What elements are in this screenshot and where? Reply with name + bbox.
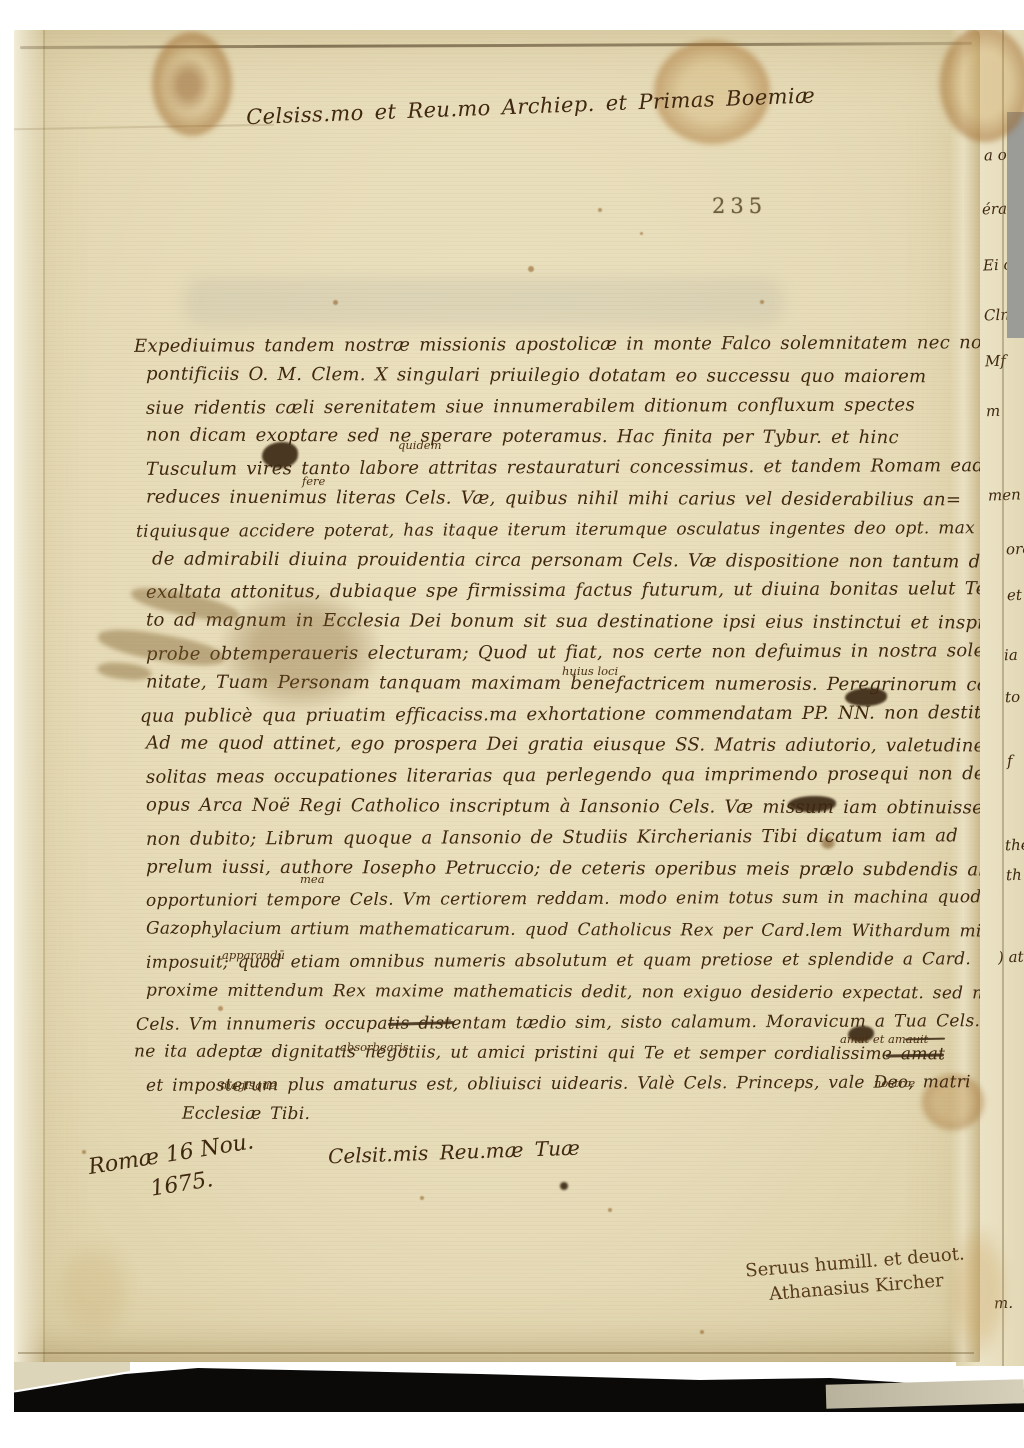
interlinear-note: apparandū	[222, 948, 285, 962]
speckle	[528, 266, 534, 272]
smudge-stroke	[97, 661, 152, 683]
ink-dot	[560, 1182, 568, 1190]
body-line: prelum iussi, authore Iosepho Petruccio;…	[146, 852, 980, 886]
letter-page: Celsiss.mo et Reu.mo Archiep. et Primas …	[14, 30, 980, 1362]
body-line: siue ridentis cæli serenitatem siue innu…	[146, 390, 980, 424]
edge-fragment: f	[1007, 752, 1013, 770]
body-line: Expediuimus tandem nostræ missionis apos…	[134, 330, 980, 363]
speckle	[640, 232, 643, 235]
folio-number-stamp: 235	[712, 194, 767, 218]
body-line: Tusculum vires tanto labore attritas res…	[146, 451, 980, 485]
body-line: opus Arca Noë Regi Catholico inscriptum …	[146, 790, 980, 824]
water-stain	[940, 26, 1024, 142]
speckle	[333, 300, 338, 305]
scan-border-bottom	[0, 1412, 1024, 1448]
edge-fragment: et	[1007, 586, 1023, 605]
faint-crease	[14, 124, 274, 131]
body-line: tiquiusque accidere poterat, has itaque …	[136, 513, 980, 547]
edge-fragment: m	[986, 402, 1001, 420]
left-fold-line	[43, 30, 45, 1362]
speckle	[598, 208, 602, 212]
interlinear-note: nostræ	[874, 1076, 915, 1090]
edge-fragment: th	[1006, 866, 1022, 885]
speckle	[608, 1208, 612, 1212]
interlinear-note: absorbearis	[340, 1040, 409, 1054]
body-line: pontificiis O. M. Clem. X singulari priu…	[146, 359, 980, 393]
ink-smudge	[220, 590, 380, 710]
edge-fragment: ia	[1004, 646, 1018, 664]
interlinear-note: quidem	[398, 438, 442, 452]
speckle	[760, 300, 764, 304]
interlinear-note: fere	[302, 474, 325, 488]
body-line: de admirabili diuina prouidentia circa p…	[152, 544, 980, 578]
signature-block: Seruus humill. et deuot. Athanasius Kirc…	[745, 1243, 968, 1306]
interlinear-note: amat et amauit	[840, 1032, 928, 1046]
water-stain	[166, 58, 210, 112]
body-line: Gazophylacium artium mathematicarum. quo…	[146, 914, 980, 948]
interlinear-note: huius loci	[562, 664, 618, 678]
body-line: Ecclesiæ Tibi.	[182, 1099, 980, 1133]
speckle	[82, 1150, 86, 1154]
letter-heading: Celsiss.mo et Reu.mo Archiep. et Primas …	[246, 87, 727, 129]
edge-fragment: the	[1005, 836, 1024, 855]
letter-body: Expediuimus tandem nostræ missionis apos…	[134, 330, 980, 1142]
body-line: Ad me quod attinet, ego prospera Dei gra…	[146, 729, 980, 763]
body-line: opportuniori tempore Cels. Vm certiorem …	[146, 883, 980, 917]
scan-border-left	[0, 0, 14, 1448]
adjacent-page-fold-line	[1002, 30, 1004, 1366]
interlinear-note: magisque	[220, 1078, 276, 1092]
scan-border-top	[0, 0, 1024, 30]
interlinear-note: mea	[300, 872, 325, 886]
body-line: non dicam exoptare sed ne sperare potera…	[146, 421, 980, 455]
edge-fragment: men	[988, 485, 1021, 504]
body-line: proxime mittendum Rex maxime mathematici…	[146, 975, 980, 1009]
speckle	[420, 1196, 424, 1200]
left-fold-band	[14, 30, 44, 1362]
body-line: solitas meas occupationes literarias qua…	[146, 759, 980, 793]
speckle	[700, 1330, 704, 1334]
body-line: non dubito; Librum quoque a Iansonio de …	[146, 821, 980, 855]
water-stain	[56, 1242, 132, 1338]
bottom-crease	[18, 1352, 974, 1354]
body-line: reduces inuenimus literas Cels. Væ, quib…	[146, 483, 980, 517]
scanner-background-patch	[1007, 112, 1024, 338]
ink-bleedthrough	[184, 278, 784, 326]
edge-fragment: ore	[1006, 540, 1024, 559]
dateline: Romæ 16 Nou. 1675.	[87, 1129, 261, 1210]
edge-fragment: to	[1005, 688, 1021, 707]
